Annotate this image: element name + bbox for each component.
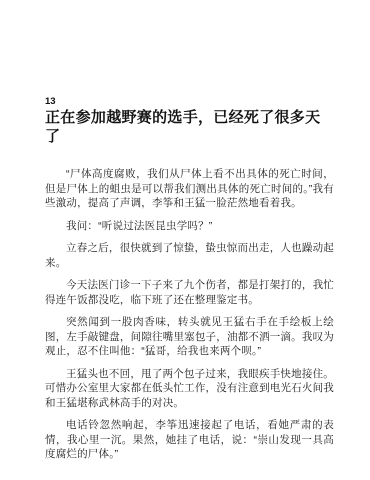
chapter-number: 13 — [45, 96, 334, 107]
paragraph: 电话铃忽然响起，李筝迅速接起了电话，看她严肃的表情，我心里一沉。果然，她挂了电话… — [45, 418, 334, 462]
paragraph: 突然闻到一股肉香味，转头就见王猛右手在手绘板上绘图，左手敲键盘，间隙往嘴里塞包子… — [45, 315, 334, 359]
paragraph: 王猛头也不回，甩了两个包子过来，我眼疾手快地接住。可惜办公室里大家都在低头忙工作… — [45, 367, 334, 411]
paragraph: 今天法医门诊一下子来了九个伤者，都是打架打的，我忙得连午饭都没吃，临下班了还在整… — [45, 278, 334, 307]
paragraph: “尸体高度腐败，我们从尸体上看不出具体的死亡时间，但是尸体上的蛆虫是可以帮我们测… — [45, 167, 334, 211]
reader-page: 13 正在参加越野赛的选手，已经死了很多天了 “尸体高度腐败，我们从尸体上看不出… — [0, 0, 370, 480]
paragraph: 我问：“听说过法医昆虫学吗？” — [45, 219, 334, 234]
chapter-body: “尸体高度腐败，我们从尸体上看不出具体的死亡时间，但是尸体上的蛆虫是可以帮我们测… — [45, 167, 334, 462]
chapter-title: 正在参加越野赛的选手，已经死了很多天了 — [45, 108, 334, 146]
paragraph: 立春之后，很快就到了惊蛰，蛰虫惊而出走，人也躁动起来。 — [45, 241, 334, 270]
